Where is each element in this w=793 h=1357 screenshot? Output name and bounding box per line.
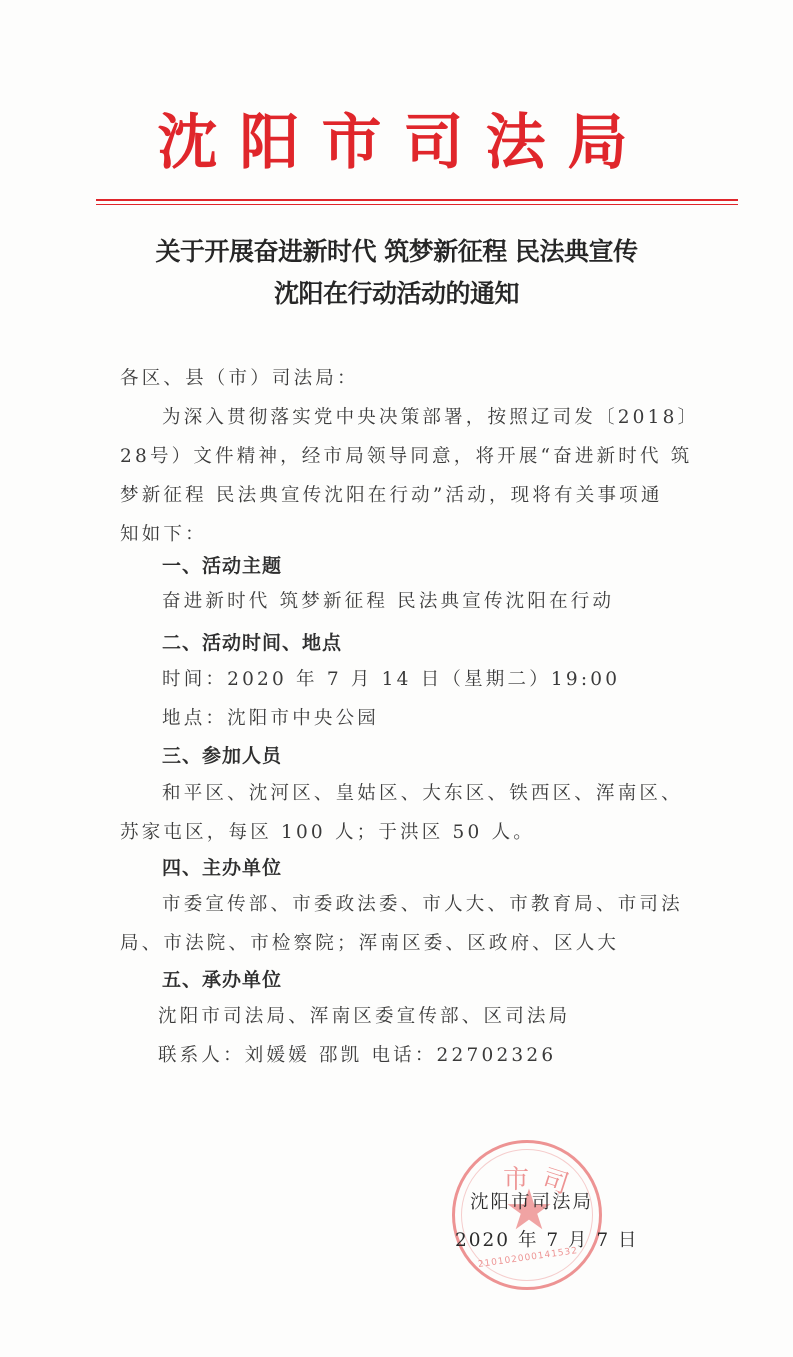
letterhead-red-rule-thick: [96, 199, 738, 201]
section-2-line-1: 时间：2020 年 7 月 14 日（星期二）19:00: [162, 665, 620, 691]
section-1-line-1: 奋进新时代 筑梦新征程 民法典宣传沈阳在行动: [162, 587, 614, 613]
salutation: 各区、县（市）司法局：: [120, 364, 359, 390]
document-title-line-1: 关于开展奋进新时代 筑梦新征程 民法典宣传: [0, 232, 793, 268]
section-2-heading: 二、活动时间、地点: [162, 628, 342, 655]
section-5-heading: 五、承办单位: [162, 965, 282, 992]
signature-date: 2020 年 7 月 7 日: [455, 1226, 639, 1252]
official-seal-stamp: 市 司 ★ 2101020001415​32: [452, 1140, 602, 1290]
intro-line-1: 为深入贯彻落实党中央决策部署，按照辽司发〔2018〕: [162, 403, 699, 429]
section-3-line-2: 苏家屯区，每区 100 人；于洪区 50 人。: [120, 818, 535, 844]
document-title-line-2: 沈阳在行动活动的通知: [0, 274, 793, 310]
intro-line-4: 知如下：: [120, 520, 207, 546]
letterhead-red-rule-thin: [96, 204, 738, 205]
intro-line-2: 28号）文件精神，经市局领导同意，将开展“奋进新时代 筑: [120, 442, 692, 468]
section-4-line-1: 市委宣传部、市委政法委、市人大、市教育局、市司法: [162, 890, 683, 916]
section-1-heading: 一、活动主题: [162, 551, 282, 578]
section-5-line-1: 沈阳市司法局、浑南区委宣传部、区司法局: [158, 1002, 570, 1028]
section-5-line-2: 联系人：刘媛媛 邵凯 电话：22702326: [158, 1041, 556, 1067]
section-2-line-2: 地点：沈阳市中央公园: [162, 704, 379, 730]
section-3-line-1: 和平区、沈河区、皇姑区、大东区、铁西区、浑南区、: [162, 779, 683, 805]
letterhead-org-name: 沈阳市司法局: [0, 108, 793, 178]
intro-line-3: 梦新征程 民法典宣传沈阳在行动”活动，现将有关事项通: [120, 481, 663, 507]
section-4-heading: 四、主办单位: [162, 853, 282, 880]
signature-org: 沈阳市司法局: [470, 1188, 593, 1214]
section-4-line-2: 局、市法院、市检察院；浑南区委、区政府、区人大: [120, 929, 619, 955]
section-3-heading: 三、参加人员: [162, 741, 282, 768]
document-page: 沈阳市司法局 关于开展奋进新时代 筑梦新征程 民法典宣传 沈阳在行动活动的通知 …: [0, 0, 793, 1357]
